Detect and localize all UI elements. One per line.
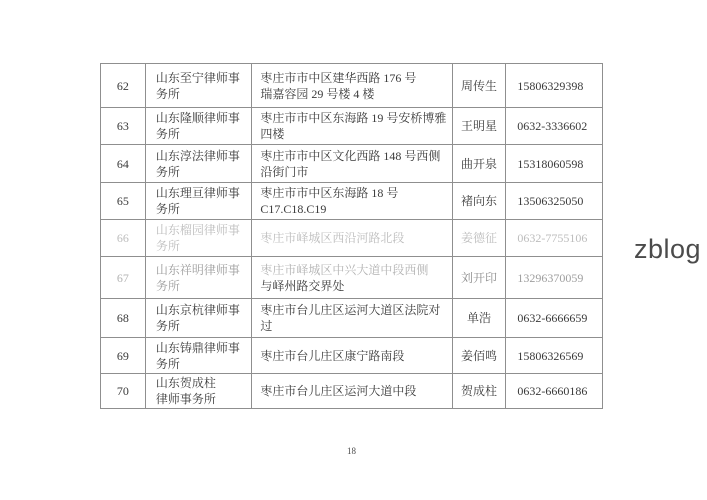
contact-cell: 姜佰鸣 bbox=[453, 338, 507, 373]
phone-cell: 0632-7755106 bbox=[506, 220, 602, 256]
contact-cell: 王明星 bbox=[453, 108, 507, 144]
row-number-cell: 63 bbox=[101, 108, 146, 144]
phone-number: 13296370059 bbox=[517, 270, 583, 286]
firm-name-cell: 山东淳法律师事务所 bbox=[146, 145, 253, 182]
contact-name: 曲开泉 bbox=[461, 156, 497, 172]
row-number: 70 bbox=[117, 383, 129, 399]
firm-name: 山东榴园律师事务所 bbox=[156, 222, 248, 254]
zblog-watermark: zblog bbox=[634, 234, 701, 264]
phone-number: 0632-6660186 bbox=[517, 383, 587, 399]
contact-name: 王明星 bbox=[461, 118, 497, 134]
address-line: 枣庄市市中区文化西路 148 号西侧沿街门市 bbox=[260, 148, 447, 180]
table-row: 69 山东铸鼎律师事务所 枣庄市台儿庄区康宁路南段 姜佰鸣 1580632656… bbox=[101, 338, 602, 374]
table-row-faded: 66 山东榴园律师事务所 枣庄市峄城区西沿河路北段 姜德征 0632-77551… bbox=[101, 220, 602, 257]
row-number-cell: 67 bbox=[101, 257, 146, 298]
address-line: 枣庄市峄城区中兴大道中段西侧 bbox=[260, 262, 428, 278]
contact-name: 单浩 bbox=[467, 310, 491, 326]
phone-cell: 15806329398 bbox=[506, 64, 602, 107]
firm-name: 山东至宁律师事务所 bbox=[156, 70, 248, 102]
phone-cell: 15806326569 bbox=[506, 338, 602, 373]
phone-number: 15318060598 bbox=[517, 156, 583, 172]
address-line: 枣庄市市中区东海路 18 号 C17.C18.C19 bbox=[260, 185, 447, 217]
address-cell: 枣庄市峄城区西沿河路北段 bbox=[252, 220, 452, 256]
row-number-cell: 69 bbox=[101, 338, 146, 373]
firm-name-cell: 山东贺成柱律师事务所 bbox=[146, 374, 253, 408]
contact-cell: 刘开印 bbox=[453, 257, 507, 298]
address-cell: 枣庄市台儿庄区运河大道区法院对过 bbox=[252, 299, 452, 337]
row-number: 67 bbox=[117, 270, 129, 286]
firm-name-cell: 山东祥明律师事务所 bbox=[146, 257, 253, 298]
firm-name: 山东京杭律师事务所 bbox=[156, 302, 248, 334]
address-cell: 枣庄市市中区东海路 18 号 C17.C18.C19 bbox=[252, 183, 452, 219]
phone-cell: 15318060598 bbox=[506, 145, 602, 182]
contact-cell: 周传生 bbox=[453, 64, 507, 107]
phone-number: 15806326569 bbox=[517, 348, 583, 364]
phone-number: 0632-7755106 bbox=[517, 230, 587, 246]
firm-name: 山东淳法律师事务所 bbox=[156, 148, 248, 180]
address-cell: 枣庄市市中区建华西路 176 号瑞嘉容园 29 号楼 4 楼 bbox=[252, 64, 452, 107]
row-number: 64 bbox=[117, 156, 129, 172]
phone-number: 13506325050 bbox=[517, 193, 583, 209]
firm-name: 山东铸鼎律师事务所 bbox=[156, 340, 248, 372]
firm-name-cell: 山东铸鼎律师事务所 bbox=[146, 338, 253, 373]
phone-number: 0632-3336602 bbox=[517, 118, 587, 134]
row-number-cell: 65 bbox=[101, 183, 146, 219]
table-row: 68 山东京杭律师事务所 枣庄市台儿庄区运河大道区法院对过 单浩 0632-66… bbox=[101, 299, 602, 338]
address-line: 枣庄市市中区建华西路 176 号 bbox=[260, 70, 416, 86]
firm-name-cell: 山东京杭律师事务所 bbox=[146, 299, 253, 337]
address-cell: 枣庄市市中区文化西路 148 号西侧沿街门市 bbox=[252, 145, 452, 182]
address-line: 枣庄市峄城区西沿河路北段 bbox=[260, 230, 404, 246]
table-row: 62 山东至宁律师事务所 枣庄市市中区建华西路 176 号瑞嘉容园 29 号楼 … bbox=[101, 64, 602, 108]
table-row: 63 山东隆顺律师事务所 枣庄市市中区东海路 19 号安桥博雅四楼 王明星 06… bbox=[101, 108, 602, 145]
table-row: 64 山东淳法律师事务所 枣庄市市中区文化西路 148 号西侧沿街门市 曲开泉 … bbox=[101, 145, 602, 183]
phone-cell: 0632-6660186 bbox=[506, 374, 602, 408]
row-number: 69 bbox=[117, 348, 129, 364]
contact-name: 褚向东 bbox=[461, 193, 497, 209]
row-number-cell: 70 bbox=[101, 374, 146, 408]
firm-name-cell: 山东隆顺律师事务所 bbox=[146, 108, 253, 144]
address-cell: 枣庄市台儿庄区康宁路南段 bbox=[252, 338, 452, 373]
address-line: 枣庄市台儿庄区运河大道区法院对过 bbox=[260, 302, 447, 334]
firm-name: 山东隆顺律师事务所 bbox=[156, 110, 248, 142]
firm-name-line-2: 律师事务所 bbox=[156, 391, 216, 407]
contact-name: 姜佰鸣 bbox=[461, 348, 497, 364]
address-cell: 枣庄市峄城区中兴大道中段西侧与峄州路交界处 bbox=[252, 257, 452, 298]
phone-cell: 13296370059 bbox=[506, 257, 602, 298]
table-row: 70 山东贺成柱律师事务所 枣庄市台儿庄区运河大道中段 贺成柱 0632-666… bbox=[101, 374, 602, 408]
contact-cell: 曲开泉 bbox=[453, 145, 507, 182]
phone-cell: 13506325050 bbox=[506, 183, 602, 219]
phone-number: 15806329398 bbox=[517, 78, 583, 94]
firm-name: 山东理亘律师事务所 bbox=[156, 185, 248, 217]
contact-name: 姜德征 bbox=[461, 230, 497, 246]
address-cell: 枣庄市台儿庄区运河大道中段 bbox=[252, 374, 452, 408]
firm-name-cell: 山东榴园律师事务所 bbox=[146, 220, 253, 256]
contact-cell: 姜德征 bbox=[453, 220, 507, 256]
contact-cell: 单浩 bbox=[453, 299, 507, 337]
row-number: 65 bbox=[117, 193, 129, 209]
row-number: 66 bbox=[117, 230, 129, 246]
row-number: 68 bbox=[117, 310, 129, 326]
phone-cell: 0632-6666659 bbox=[506, 299, 602, 337]
phone-cell: 0632-3336602 bbox=[506, 108, 602, 144]
contact-name: 刘开印 bbox=[461, 270, 497, 286]
firm-name-cell: 山东至宁律师事务所 bbox=[146, 64, 253, 107]
row-number: 62 bbox=[117, 78, 129, 94]
firm-name: 山东贺成柱 bbox=[156, 375, 216, 391]
firm-name-cell: 山东理亘律师事务所 bbox=[146, 183, 253, 219]
address-line: 枣庄市台儿庄区运河大道中段 bbox=[260, 383, 416, 399]
contact-cell: 贺成柱 bbox=[453, 374, 507, 408]
row-number-cell: 62 bbox=[101, 64, 146, 107]
page-number: 18 bbox=[100, 446, 603, 456]
firm-name: 山东祥明律师事务所 bbox=[156, 262, 248, 294]
table-row-partially-faded: 67 山东祥明律师事务所 枣庄市峄城区中兴大道中段西侧与峄州路交界处 刘开印 1… bbox=[101, 257, 602, 299]
contact-name: 周传生 bbox=[461, 78, 497, 94]
address-line: 枣庄市台儿庄区康宁路南段 bbox=[260, 348, 404, 364]
row-number-cell: 66 bbox=[101, 220, 146, 256]
contact-name: 贺成柱 bbox=[461, 383, 497, 399]
row-number-cell: 68 bbox=[101, 299, 146, 337]
address-line: 枣庄市市中区东海路 19 号安桥博雅四楼 bbox=[260, 110, 447, 142]
address-line: 瑞嘉容园 29 号楼 4 楼 bbox=[260, 86, 374, 102]
address-cell: 枣庄市市中区东海路 19 号安桥博雅四楼 bbox=[252, 108, 452, 144]
table-row: 65 山东理亘律师事务所 枣庄市市中区东海路 18 号 C17.C18.C19 … bbox=[101, 183, 602, 220]
row-number: 63 bbox=[117, 118, 129, 134]
phone-number: 0632-6666659 bbox=[517, 310, 587, 326]
contact-cell: 褚向东 bbox=[453, 183, 507, 219]
row-number-cell: 64 bbox=[101, 145, 146, 182]
law-firm-directory-table: 62 山东至宁律师事务所 枣庄市市中区建华西路 176 号瑞嘉容园 29 号楼 … bbox=[100, 63, 603, 409]
address-line: 与峄州路交界处 bbox=[260, 278, 344, 294]
